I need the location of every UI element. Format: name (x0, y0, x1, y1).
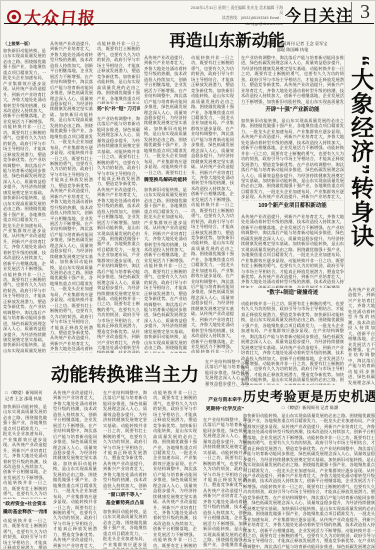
story2-column5: 在产业结构调整中，淘汰落后产能与培育新动能同步推进，绿色低碳发展理念深入人心，质… (203, 417, 247, 549)
story1-column3-top: 动能转换并非一日之功，既要有壮士断腕的勇气，也要有久久为功的韧劲，政府引导与市场… (97, 41, 140, 104)
story2-subhead-window-line1: “窗口期不等人” (103, 492, 147, 499)
story2-column2: 从传统产业改造提升，到新兴产业培育壮大，齐鲁大地处处涌动着转型升级的热潮，技术改… (53, 390, 97, 549)
column-divider-left (238, 41, 239, 353)
newspaper-page: 大众日报 2018年1月31日 星期三 责任编辑 张庆龙 美术编辑 于海员 读者… (0, 0, 376, 550)
story2-column3-top: 在产业结构调整中，淘汰落后产能与培育新动能同步推进，绿色低碳发展理念深入人心，质… (103, 390, 147, 490)
masthead-title: 大众日报 (23, 4, 97, 29)
masthead-logo: 大众日报 (7, 4, 96, 29)
story1-column4-top: 从传统产业改造提升，到新兴产业培育壮大，齐鲁大地处处涌动着转型升级的热潮，技术改… (144, 55, 187, 175)
story1-byline-line1: □ 《瞭望》新闻周刊 记者 王念 袁军宝 (241, 41, 344, 47)
story1-right-subhead3: “数字+制造”碰撞奇迹 (241, 289, 344, 298)
story2-column3-bottom: 加快新旧动能转换，是山东实现高质量发展的必由之路。围绕做优做强十强产业，各地聚焦… (103, 509, 147, 549)
story1-column5: 动能转换并非一日之功，既要有壮士断腕的勇气，也要有久久为功的韧劲，政府引导与市场… (191, 55, 234, 353)
masthead-emblem-icon (7, 10, 21, 24)
story1-column2: 从传统产业改造提升，到新兴产业培育壮大，齐鲁大地处处涌动着转型升级的热潮，技术改… (50, 41, 93, 353)
story3-byline: □ 《瞭望》新闻周刊 记者 陈灏 (243, 405, 376, 411)
story1-column1: 加快新旧动能转换，是山东实现高质量发展的必由之路。围绕做优做强十强产业，各地聚焦… (3, 48, 46, 353)
page-number: 3 (351, 2, 370, 23)
story2-column1-top: 加快新旧动能转换，是山东实现高质量发展的必由之路。围绕做优做强十强产业，各地聚焦… (3, 404, 47, 499)
edition-contact-line: 读者热线：(0531)85193345 Email：dzrbjrgz@dzwww… (189, 16, 283, 26)
story1-column3-bottom: 在产业结构调整中，淘汰落后产能与培育新动能同步推进，绿色低碳发展理念深入人心，质… (97, 116, 140, 353)
edition-date-line: 2018年1月31日 星期三 责任编辑 张庆龙 美术编辑 于海员 (189, 6, 283, 16)
story1-subhead-two: 腾笼换鸟解码动能转换 (144, 177, 187, 184)
story2-subhead-window-line2: 基金蓄势亮点凸显 (103, 500, 147, 507)
story3-body: 加快新旧动能转换，是山东实现高质量发展的必由之路。围绕做优做强十强产业，各地聚焦… (243, 413, 375, 549)
header-rule (4, 23, 374, 24)
story2-byline-line1: □ 《瞭望》新闻周刊 (5, 390, 49, 396)
story2-byline-line2: 记者 王念 邵琨 执笔 (5, 396, 49, 402)
story1-right-text3: 从传统产业改造提升，到新兴产业培育壮大，齐鲁大地处处涌动着转型升级的热潮，技术改… (241, 214, 344, 288)
story2-subhead-fund-line2: 撬动基金释放“一池春水” (3, 509, 47, 516)
story1-continuation-note: （上接第一版） (3, 41, 46, 47)
story1-byline-line2: 邵琨 陈国峰 执笔 (241, 47, 344, 53)
vertical-headline: “大象经济”转身诀 (346, 55, 376, 283)
story2-headline: 动能转换谁当主力 (47, 361, 203, 387)
story1-column4-bottom: 加快新旧动能转换，是山东实现高质量发展的必由之路。围绕做优做强十强产业，各地聚焦… (144, 187, 187, 353)
story1-subhead-one: 扬“长”补“短” 刀刃向内 (97, 106, 140, 113)
story1-right-text1: 在产业结构调整中，淘汰落后产能与培育新动能同步推进，绿色低碳发展理念深入人心，质… (241, 55, 344, 105)
story3-headline: 历史考验更是历史机遇 (243, 386, 376, 405)
story1-right-subhead2: 109个新产业项目蓄积新动能 (241, 202, 344, 211)
story2-subhead-fund-line1: “政府资金+社会资本” (3, 501, 47, 508)
story2-subhead-capital-line1: 产业与资本牵手 (203, 397, 247, 404)
story2-column1-bottom: 动能转换并非一日之功，既要有壮士断腕的勇气，也要有久久为功的韧劲，政府引导与市场… (3, 518, 47, 549)
column-divider-right (344, 55, 345, 281)
story2-subhead-capital-line2: 更期待“化学反应” (203, 406, 247, 413)
story1-right-subhead1: 开辟“十强”产业新动能 (241, 106, 344, 115)
story2-gap-column: 在产业结构调整中，淘汰落后产能与培育新动能同步推进，绿色低碳发展理念深入人心，质… (205, 359, 249, 387)
right-strip-column: 从传统产业改造提升，到新兴产业培育壮大，齐鲁大地处处涌动着转型升级的热潮，技术改… (348, 287, 375, 385)
story1-right-text2: 加快新旧动能转换，是山东实现高质量发展的必由之路。围绕做优做强十强产业，各地聚焦… (241, 118, 344, 201)
story2-column4: 动能转换并非一日之功，既要有壮士断腕的勇气，也要有久久为功的韧劲，政府引导与市场… (153, 390, 197, 549)
story1-right-text4: 动能转换并非一日之功，既要有壮士断腕的勇气，也要有久久为功的韧劲，政府引导与市场… (241, 301, 344, 385)
